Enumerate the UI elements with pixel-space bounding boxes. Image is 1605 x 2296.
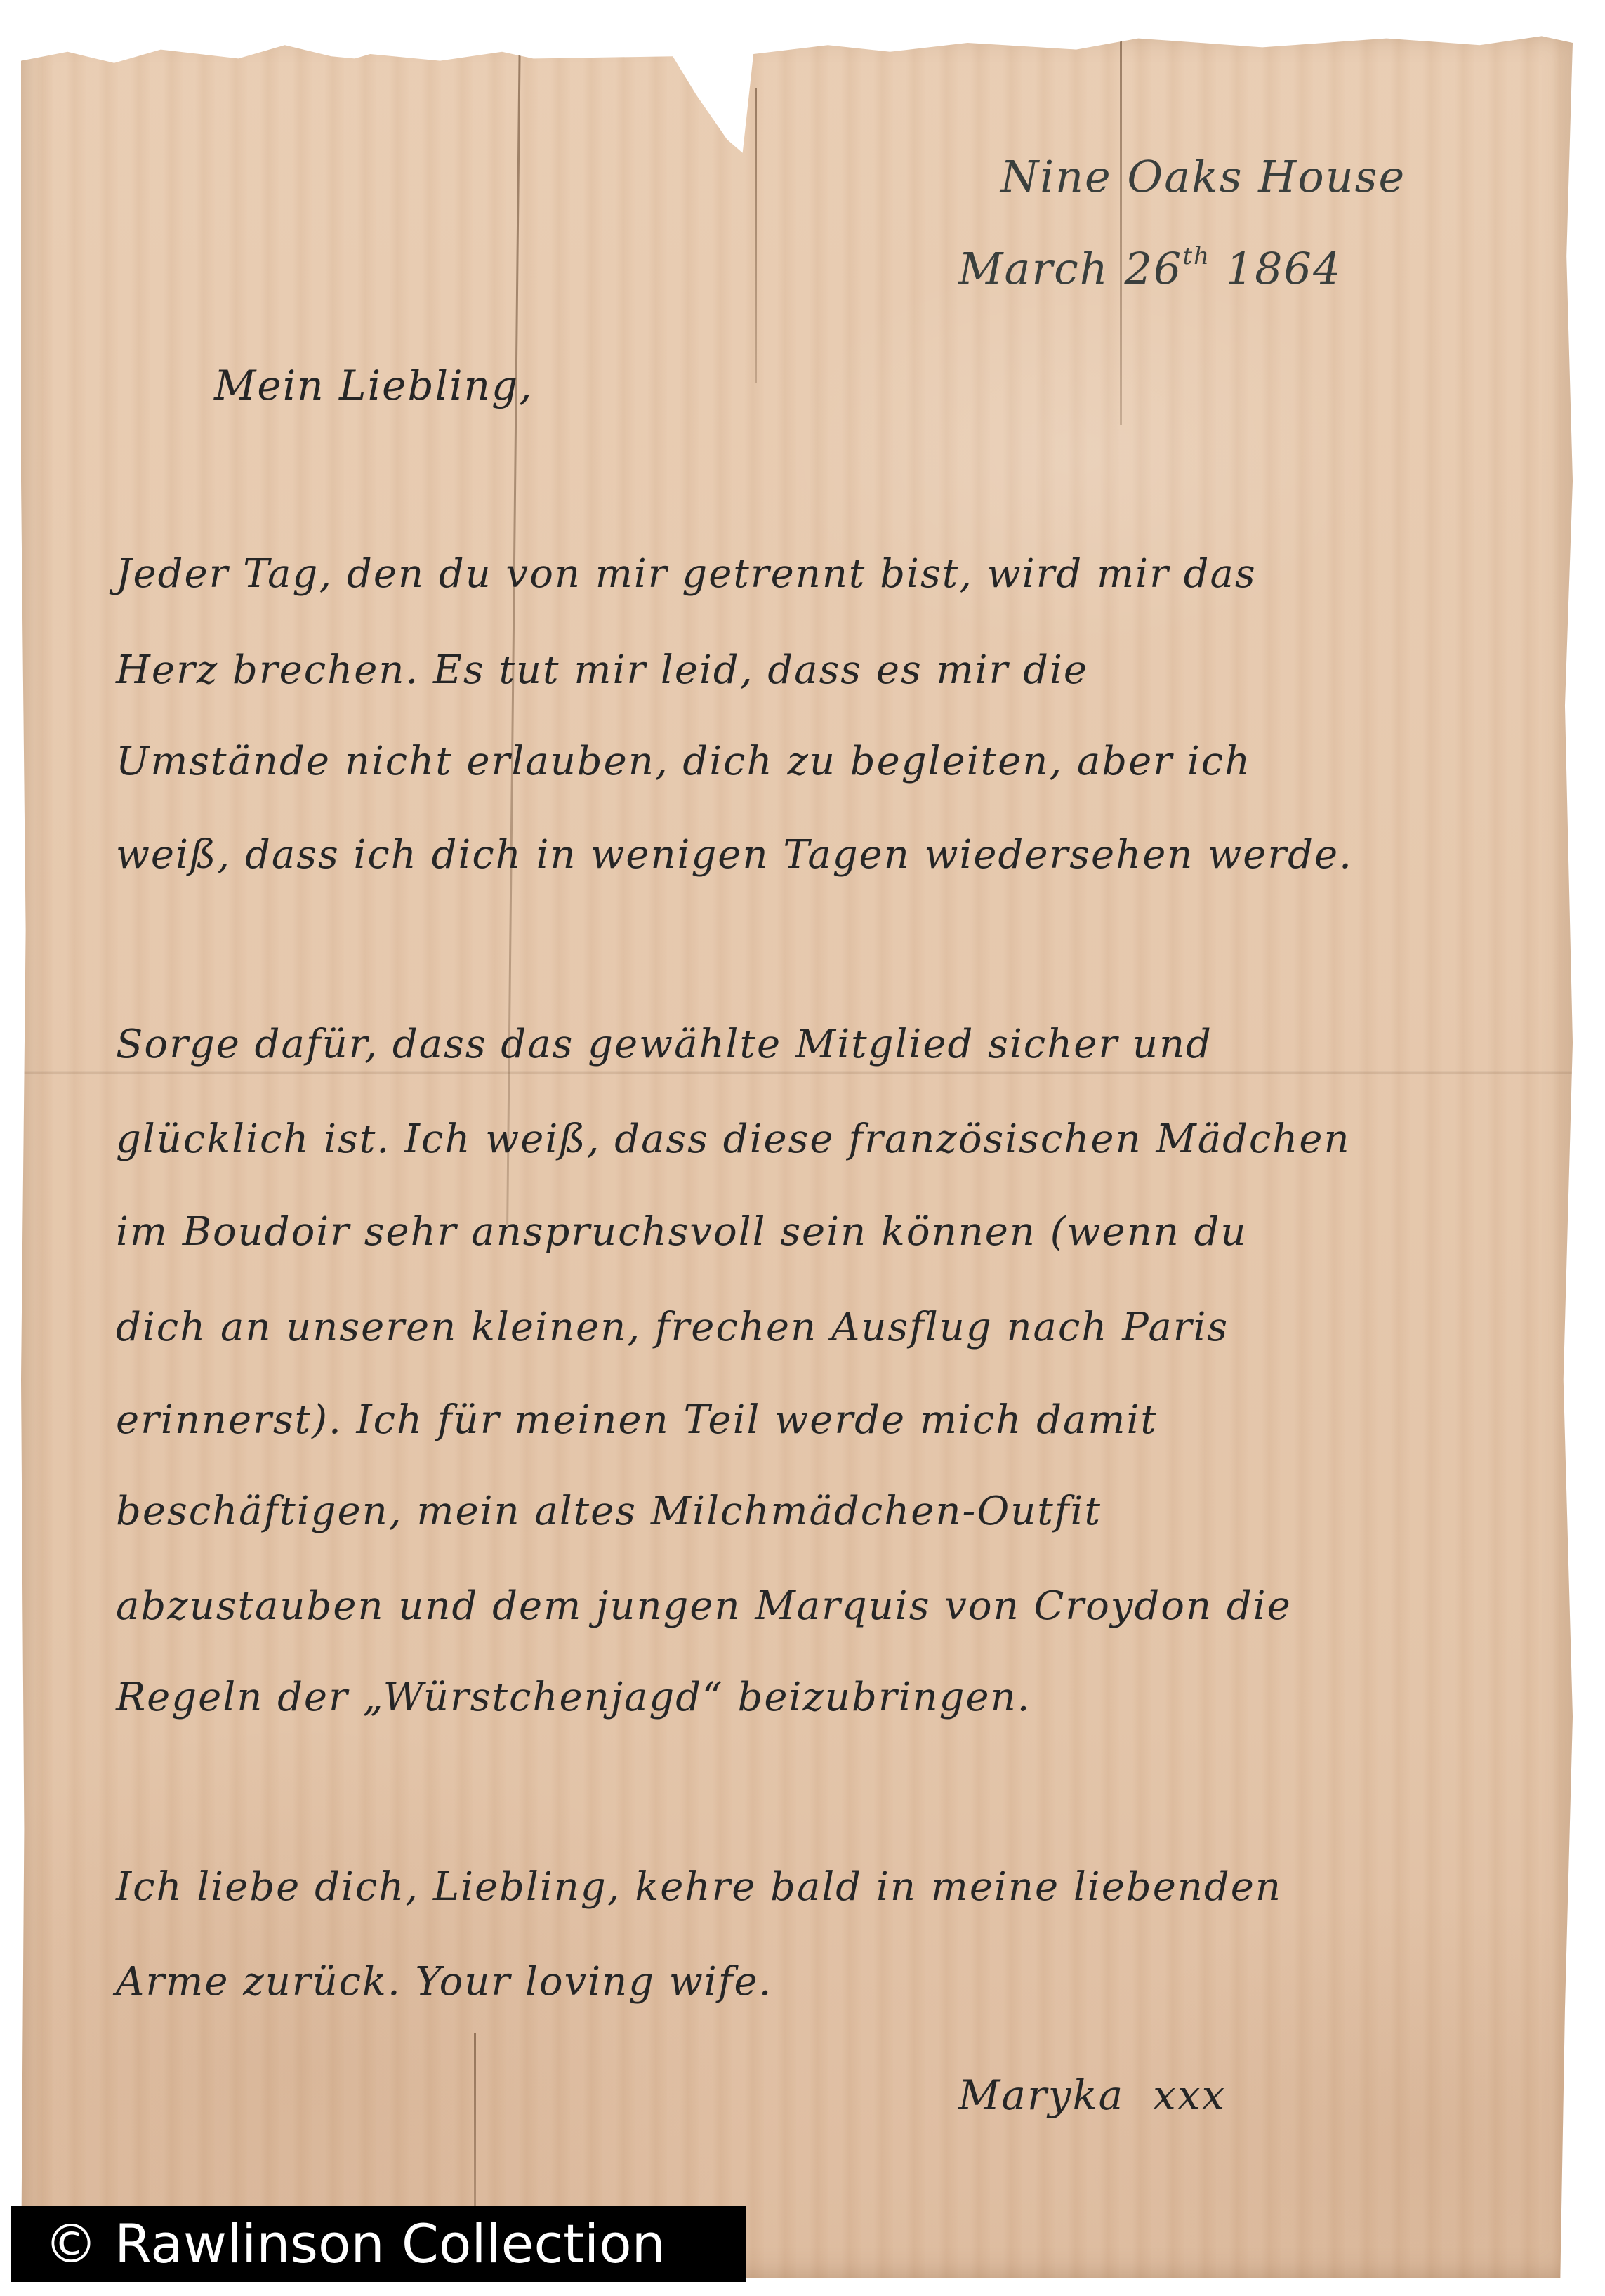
letter-date-suffix: th [1182,242,1210,270]
letter-date-year: 1864 [1226,243,1342,294]
letter-line: Umstände nicht erlauben, dich zu begleit… [116,739,1251,784]
letter-line: Jeder Tag, den du von mir getrennt bist,… [116,551,1257,597]
letter-line: Arme zurück. Your loving wife. [116,1959,772,2005]
letter-line: abzustauben und dem jungen Marquis von C… [116,1583,1292,1629]
letter-date-month-day: March 26 [958,243,1182,294]
letter-line: erinnerst). Ich für meinen Teil werde mi… [116,1397,1158,1443]
letter-line: glücklich ist. Ich weiß, dass diese fran… [116,1116,1351,1162]
copyright-watermark: © Rawlinson Collection [11,2206,746,2282]
letter-salutation: Mein Liebling, [214,362,534,409]
letter-date: March 26th 1864 [958,242,1342,294]
letter-signature: Maryka xxx [958,2071,1226,2119]
paper-tear-right [1120,32,1122,425]
letter-line: Sorge dafür, dass das gewählte Mitglied … [116,1022,1213,1067]
letter-line: Herz brechen. Es tut mir leid, dass es m… [116,647,1088,693]
paper-fold-horizontal [21,1071,1573,1075]
letter-line: weiß, dass ich dich in wenigen Tagen wie… [116,832,1353,878]
letter-line: Regeln der „Würstchenjagd“ beizubringen. [116,1675,1031,1720]
letter-line: beschäftigen, mein altes Milchmädchen-Ou… [116,1489,1102,1534]
paper-tear-center [755,88,757,383]
letter-line: dich an unseren kleinen, frechen Ausflug… [116,1305,1229,1350]
letter-line: Ich liebe dich, Liebling, kehre bald in … [116,1864,1282,1910]
letter-line: im Boudoir sehr anspruchsvoll sein könne… [116,1209,1248,1255]
copyright-text: © Rawlinson Collection [44,2217,666,2271]
letter-address: Nine Oaks House [1000,151,1406,202]
